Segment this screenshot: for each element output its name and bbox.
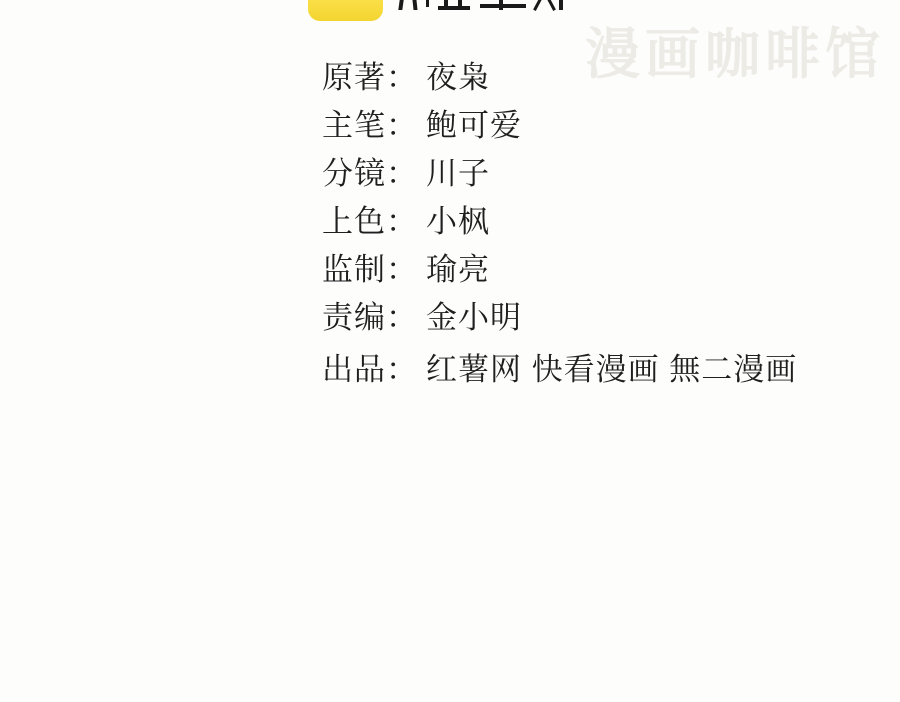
- credit-label: 责编: [322, 294, 386, 342]
- credit-label: 出品: [322, 346, 386, 394]
- credit-row-lead-artist: 主笔：鲍可爱: [322, 102, 797, 150]
- credit-value: 川子: [426, 150, 490, 198]
- credit-label: 上色: [322, 198, 386, 246]
- credit-label: 分镜: [322, 150, 386, 198]
- credit-row-coloring: 上色：小枫: [322, 198, 797, 246]
- comic-credits-page: 漫画咖啡馆 原著：夜枭 主笔：鲍可爱 分镜：川子 上色：小枫 监制：瑜亮 责编：…: [0, 0, 900, 702]
- cropped-title-strokes: [396, 0, 572, 12]
- credit-value: 红薯网 快看漫画 無二漫画: [426, 346, 797, 394]
- credit-row-editor: 责编：金小明: [322, 294, 797, 342]
- credit-value: 小枫: [426, 198, 490, 246]
- credit-colon: ：: [386, 294, 417, 342]
- credit-value: 夜枭: [426, 54, 490, 102]
- credit-label: 监制: [322, 246, 386, 294]
- credit-colon: ：: [386, 150, 417, 198]
- credit-value: 金小明: [426, 294, 522, 342]
- credit-row-storyboard: 分镜：川子: [322, 150, 797, 198]
- credit-colon: ：: [386, 346, 417, 394]
- credit-colon: ：: [386, 198, 417, 246]
- credit-row-original-author: 原著：夜枭: [322, 54, 797, 102]
- credit-colon: ：: [386, 246, 417, 294]
- credit-row-supervisor: 监制：瑜亮: [322, 246, 797, 294]
- credit-colon: ：: [386, 54, 417, 102]
- cropped-chapter-badge: [308, 0, 383, 21]
- credit-value: 鲍可爱: [426, 102, 522, 150]
- credit-value: 瑜亮: [426, 246, 490, 294]
- credit-row-publisher: 出品：红薯网 快看漫画 無二漫画: [322, 346, 797, 394]
- credit-colon: ：: [386, 102, 417, 150]
- credit-label: 主笔: [322, 102, 386, 150]
- credits-list: 原著：夜枭 主笔：鲍可爱 分镜：川子 上色：小枫 监制：瑜亮 责编：金小明 出品…: [322, 54, 797, 394]
- credit-label: 原著: [322, 54, 386, 102]
